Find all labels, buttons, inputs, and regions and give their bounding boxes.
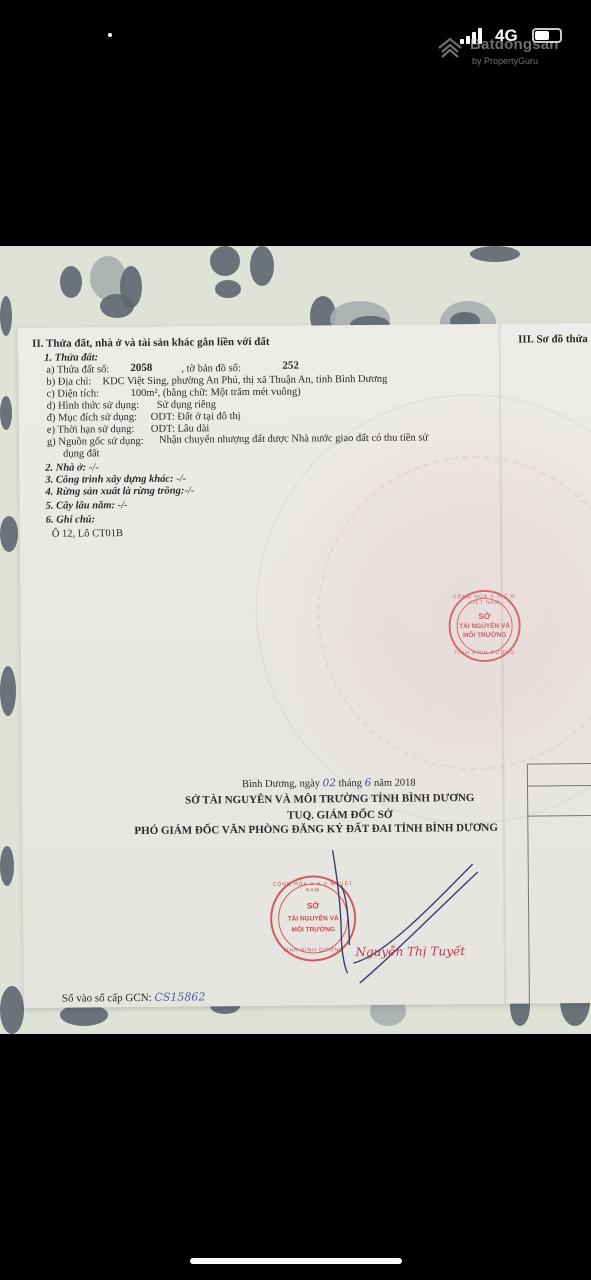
issue-date: Bình Dương, ngày 02 tháng 6 năm 2018 (242, 777, 416, 792)
signature-stroke (323, 844, 504, 996)
authority-line3: PHÓ GIÁM ĐỐC VĂN PHÒNG ĐĂNG KÝ ĐẤT ĐAI T… (134, 822, 498, 838)
signer-name: Nguyễn Thị Tuyết (355, 944, 465, 959)
section-ii-title: II. Thửa đất, nhà ở và tài sản khác gắn … (32, 336, 270, 351)
registry-row: Số vào sổ cấp GCN: CS15862 (62, 990, 206, 1005)
official-stamp-faded: CỘNG HÒA X.H.C.N VIỆT NAM SỞ TÀI NGUYÊN … (448, 590, 521, 663)
note-value: Ô 12, Lô CT01B (52, 527, 123, 541)
item5-label: 5. Cây lâu năm: -/- (45, 499, 127, 513)
batdongsan-house-logo-icon (436, 36, 464, 64)
bronze-drum-watermark (254, 392, 591, 826)
item4-label: 4. Rừng sản xuất là rừng trồng:-/- (45, 484, 194, 498)
watermark-sub: by PropertyGuru (472, 56, 538, 66)
origin-value-line1: Nhận chuyển nhượng đất được Nhà nước gia… (159, 431, 428, 446)
origin-value-line2: dụng đất (63, 447, 100, 460)
status-bar: 4G Batdongsan by PropertyGuru (0, 0, 591, 80)
item6-label: 6. Ghi chú: (46, 513, 95, 526)
status-dot-icon (108, 33, 112, 37)
document-photo: II. Thửa đất, nhà ở và tài sản khác gắn … (0, 246, 591, 1034)
watermark-brand: Batdongsan (470, 36, 559, 53)
parcel-number: 2058 (130, 362, 152, 375)
land-certificate-page: II. Thửa đất, nhà ở và tài sản khác gắn … (18, 323, 591, 1008)
section-iii-title: III. Sơ đồ thửa (518, 333, 588, 347)
map-sheet-number: 252 (282, 360, 299, 373)
home-indicator-bar[interactable] (190, 1258, 402, 1264)
diagram-table (527, 763, 591, 1004)
authority-line2: TUQ. GIÁM ĐỐC SỞ (287, 809, 392, 823)
authority-line1: SỞ TÀI NGUYÊN VÀ MÔI TRƯỜNG TỈNH BÌNH DƯ… (185, 792, 474, 808)
